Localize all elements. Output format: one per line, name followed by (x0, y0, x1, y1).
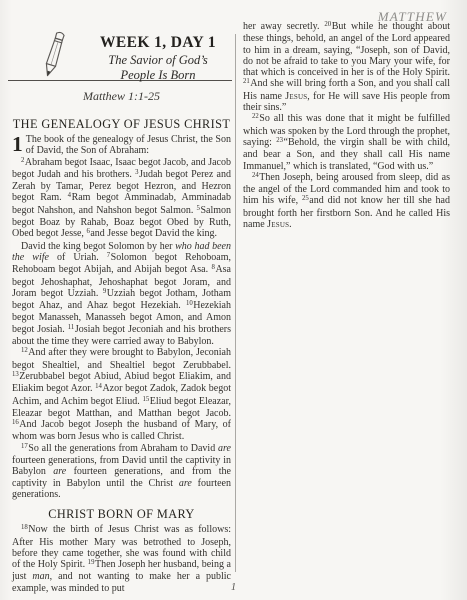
section-heading: THE GENEALOGY OF JESUS CHRIST (12, 117, 231, 132)
verse-number: 11 (68, 324, 75, 331)
verse-number: 25 (302, 195, 309, 202)
study-subtitle-line1: The Savior of God’s (90, 53, 226, 68)
scripture-paragraph: 24Then Joseph, being aroused from sleep,… (243, 172, 450, 230)
section-heading: CHRIST BORN OF MARY (12, 507, 231, 522)
scripture-paragraph: 22So all this was done that it might be … (243, 113, 450, 171)
scripture-paragraph: 1The book of the genealogy of Jesus Chri… (12, 134, 231, 157)
verse-number: 6 (86, 228, 89, 235)
study-header-titles: WEEK 1, DAY 1 The Savior of God’s People… (90, 26, 226, 82)
scripture-paragraph: 12And after they were brought to Babylon… (12, 347, 231, 442)
verse-number: 13 (12, 371, 19, 378)
verse-number: 14 (95, 383, 102, 390)
italic-text: man (32, 571, 49, 582)
scripture-paragraph: 17So all the generations from Abraham to… (12, 443, 231, 500)
italic-text: are (218, 443, 231, 454)
page-number: 1 (0, 582, 467, 593)
verse-number: 18 (21, 524, 28, 531)
study-subtitle-line2: People Is Born (90, 68, 226, 83)
italic-text: who had been the wife (12, 241, 231, 263)
italic-text: are (53, 466, 66, 477)
verse-number: 10 (186, 300, 193, 307)
verse-number: 17 (21, 443, 28, 450)
verse-number: 9 (103, 288, 106, 295)
verse-number: 2 (21, 157, 24, 164)
pencil-icon (28, 25, 80, 85)
verse-number: 21 (243, 78, 250, 85)
italic-text: are (179, 478, 192, 489)
verse-number: 20 (324, 21, 331, 28)
right-column: her away secretly. 20But while he though… (243, 21, 450, 230)
verse-number: 23 (276, 137, 283, 144)
verse-number: 7 (107, 252, 110, 259)
small-caps-name: Jesus (285, 91, 307, 102)
chapter-number-dropcap: 1 (12, 135, 23, 154)
left-column: WEEK 1, DAY 1 The Savior of God’s People… (12, 26, 231, 594)
scripture-reference: Matthew 1:1-25 (12, 89, 231, 104)
scripture-paragraph: 2Abraham begot Isaac, Isaac begot Jacob,… (12, 157, 231, 241)
verse-number: 5 (197, 205, 200, 212)
scripture-paragraph: her away secretly. 20But while he though… (243, 21, 450, 113)
verse-number: 3 (135, 169, 138, 176)
column-divider (235, 34, 236, 572)
bible-page: MATTHEW WEEK 1, DAY 1 The Savior of G (0, 0, 467, 600)
verse-number: 15 (142, 396, 149, 403)
verse-number: 8 (212, 264, 215, 271)
study-subtitle: The Savior of God’s People Is Born (90, 53, 226, 82)
verse-number: 12 (21, 347, 28, 354)
small-caps-name: Jesus (267, 219, 289, 230)
verse-number: 16 (12, 419, 19, 426)
week-day-title: WEEK 1, DAY 1 (90, 34, 226, 52)
verse-number: 22 (252, 113, 259, 120)
scripture-paragraph: David the king begot Solomon by her who … (12, 241, 231, 348)
verse-number: 19 (88, 559, 95, 566)
left-column-text: THE GENEALOGY OF JESUS CHRIST1The book o… (12, 117, 231, 594)
verse-number: 24 (252, 172, 259, 179)
study-header: WEEK 1, DAY 1 The Savior of God’s People… (12, 26, 231, 78)
verse-number: 4 (68, 192, 71, 199)
right-column-text: her away secretly. 20But while he though… (243, 21, 450, 230)
